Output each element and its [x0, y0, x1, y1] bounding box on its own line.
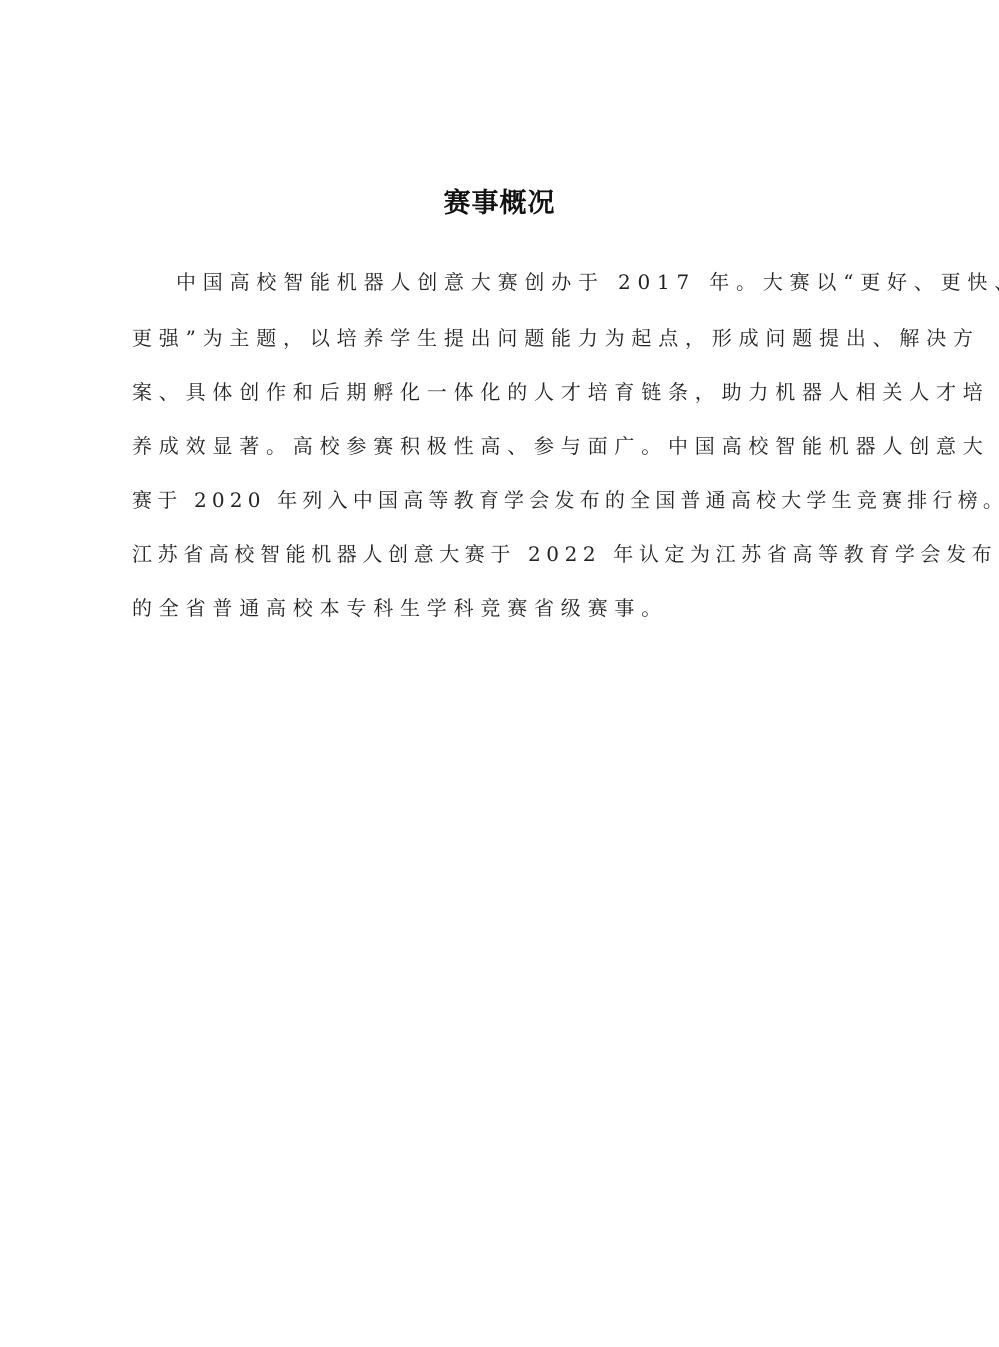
paragraph-line-6: 江苏省高校智能机器人创意大赛于 2022 年认定为江苏省高等教育学会发布: [132, 540, 997, 568]
page-title: 赛事概况: [0, 184, 999, 224]
document-page: 赛事概况 中国高校智能机器人创意大赛创办于 2017 年。大赛以“更好、更快、 …: [0, 0, 999, 1347]
paragraph-line-3: 案、具体创作和后期孵化一体化的人才培育链条，助力机器人相关人才培: [132, 378, 990, 406]
paragraph-line-5: 赛于 2020 年列入中国高等教育学会发布的全国普通高校大学生竞赛排行榜。: [132, 486, 999, 514]
paragraph-line-4: 养成效显著。高校参赛积极性高、参与面广。中国高校智能机器人创意大: [132, 432, 990, 460]
paragraph-line-7: 的全省普通高校本专科生学科竞赛省级赛事。: [132, 594, 668, 622]
paragraph-line-1: 中国高校智能机器人创意大赛创办于 2017 年。大赛以“更好、更快、: [176, 268, 999, 296]
paragraph-line-2: 更强”为主题，以培养学生提出问题能力为起点，形成问题提出、解决方: [132, 324, 980, 352]
